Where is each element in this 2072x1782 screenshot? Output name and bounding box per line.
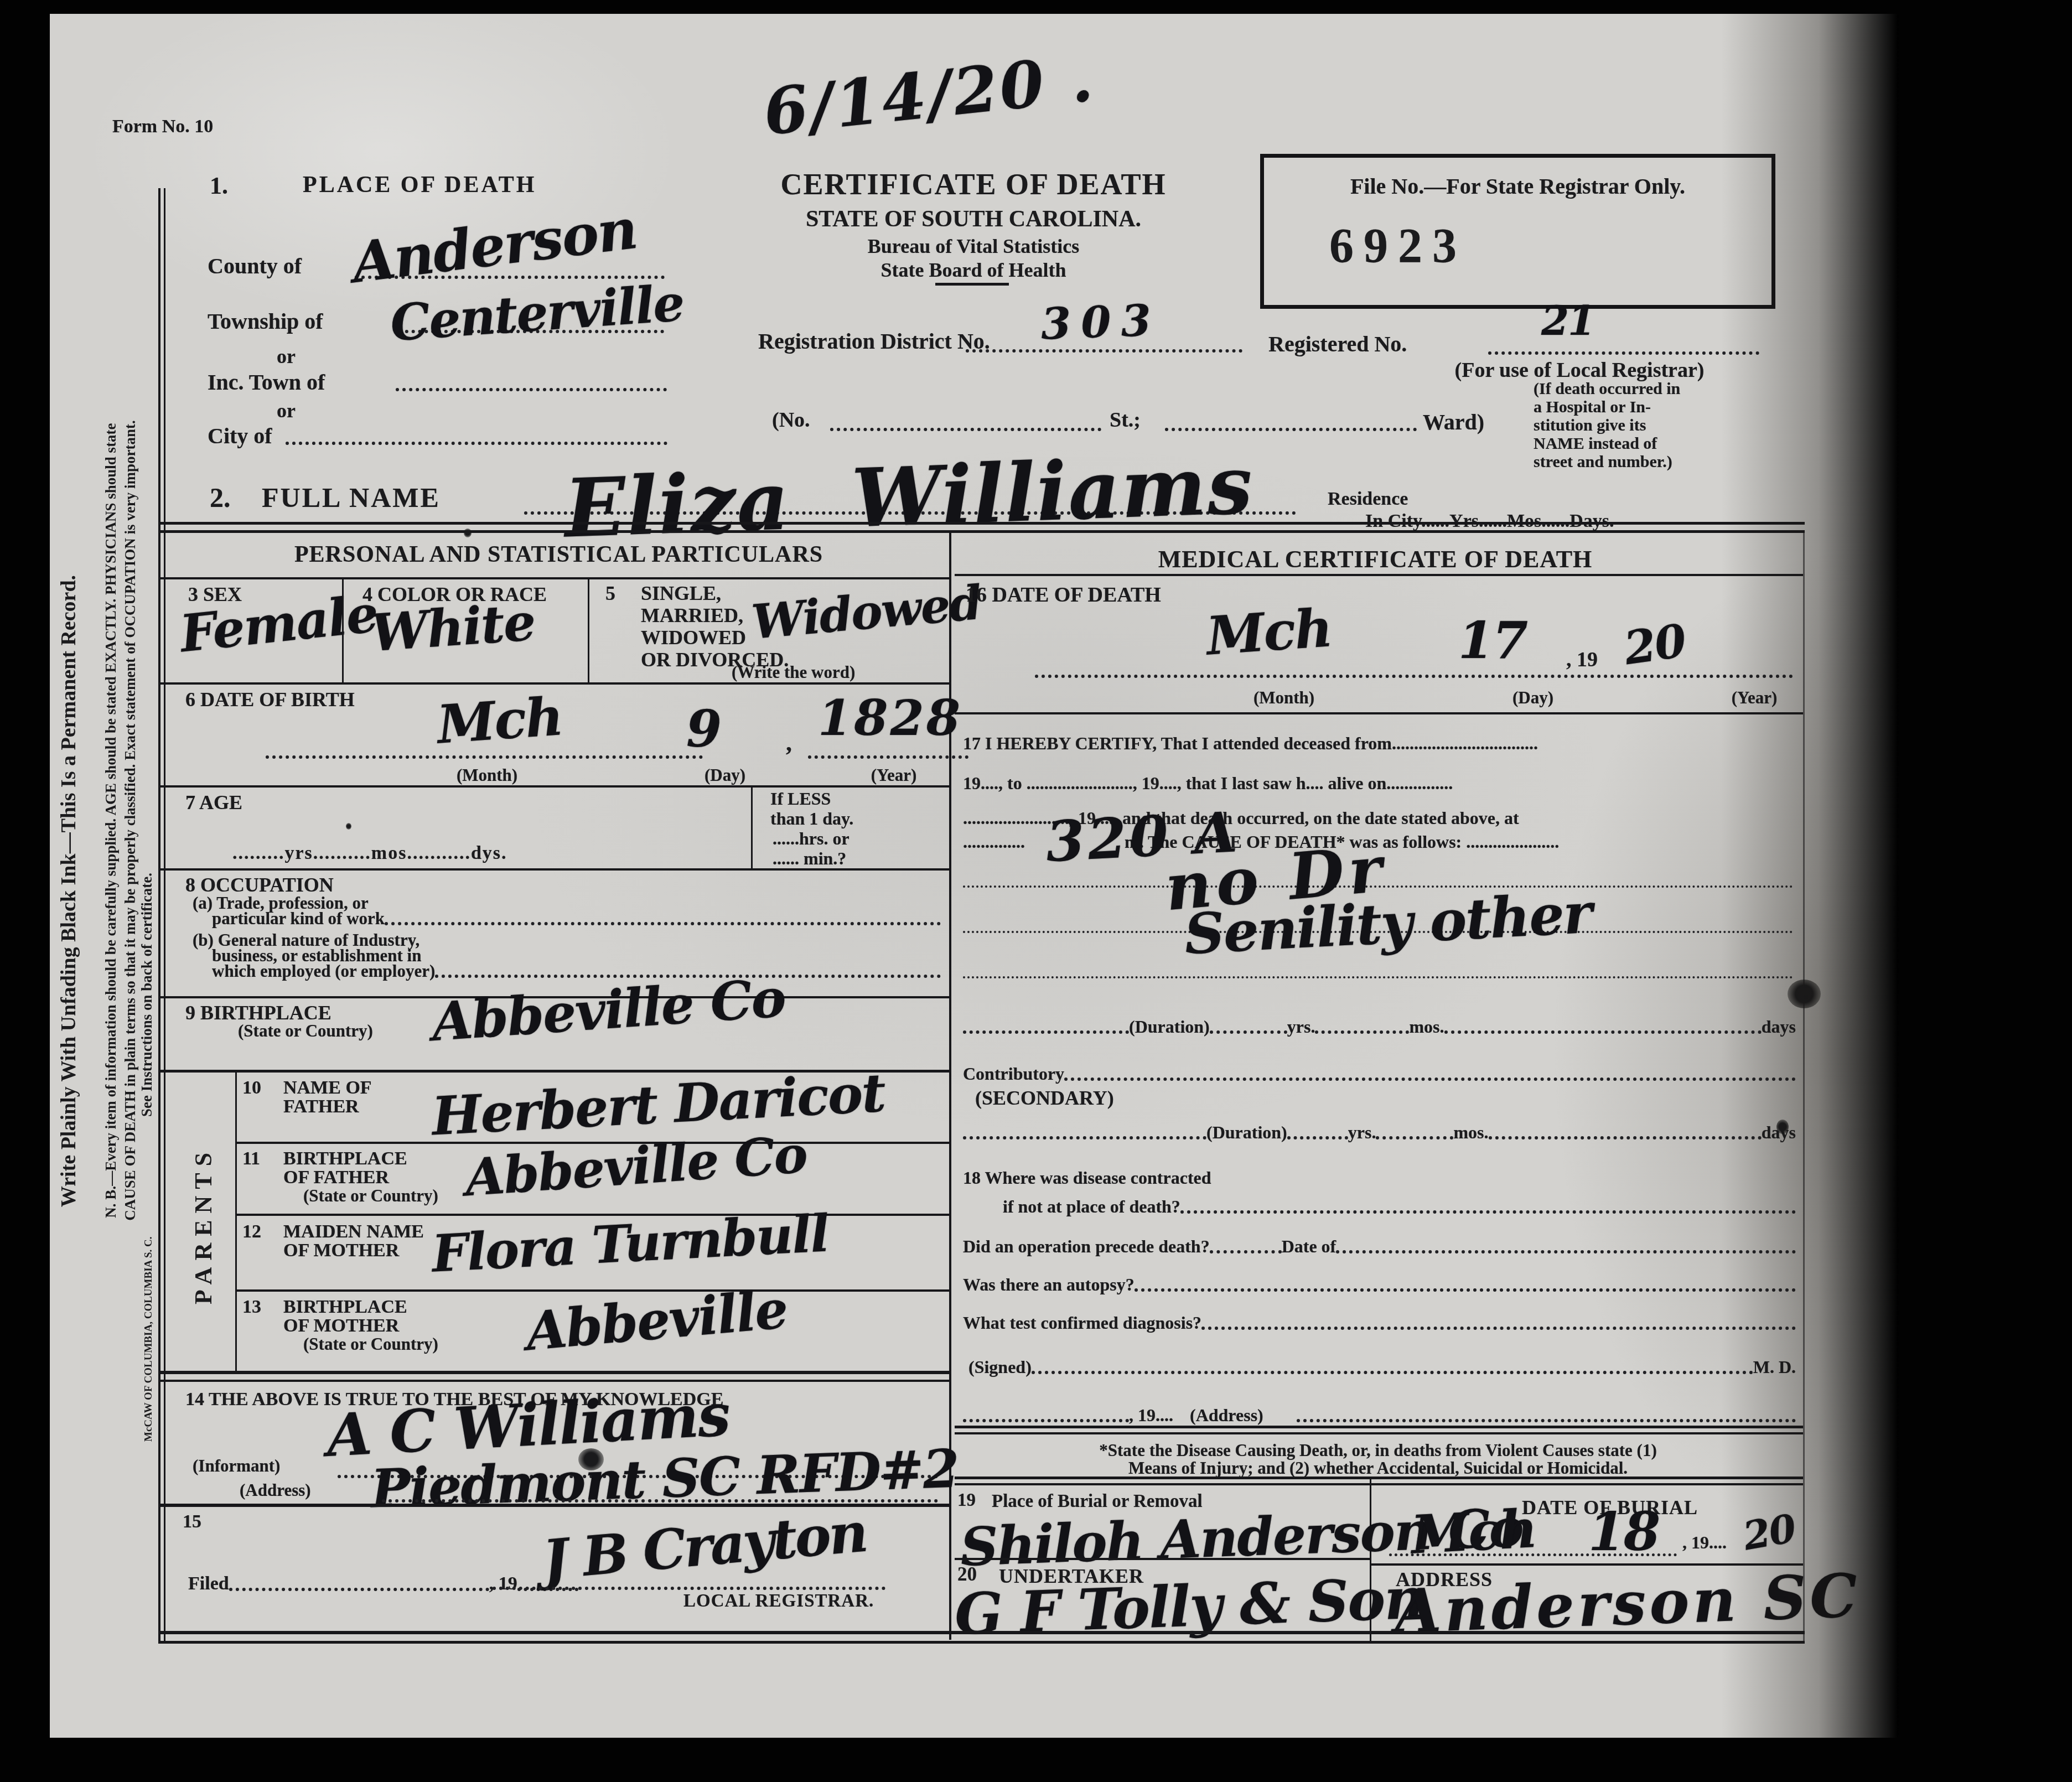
dotted-leader: [1180, 1210, 1796, 1214]
registered-no-label: Registered No.: [1268, 331, 1407, 357]
file-number-box-title: File No.—For State Registrar Only.: [1264, 173, 1771, 199]
margin-printer-imprint: McCAW OF COLUMBIA, COLUMBIA S. C.: [143, 1270, 155, 1442]
ink-blot: [578, 1448, 604, 1470]
city-dotted-line: [286, 442, 667, 445]
margin-permanent-record-note: Write Plainly With Unfading Black Ink—Th…: [56, 410, 81, 1372]
dob-month-caption: (Month): [404, 765, 570, 785]
dotted-leader: [963, 1136, 1206, 1139]
dob-dotted-line-1: [266, 755, 703, 759]
filed-19-label: , 19: [489, 1573, 517, 1594]
street-label: St.;: [1110, 408, 1141, 432]
ifless-line2: than 1 day.: [770, 809, 853, 829]
heavy-divider-top-2: [158, 530, 1805, 533]
personal-section-header: PERSONAL AND STATISTICAL PARTICULARS: [173, 541, 945, 568]
dotted-leader: [229, 1588, 489, 1591]
secondary-label: (SECONDARY): [975, 1086, 1114, 1110]
heavy-divider-left-2: [158, 1380, 949, 1382]
dotted-leader: [1336, 1250, 1796, 1253]
md-label: M. D.: [1753, 1357, 1796, 1377]
inc-town-label: Inc. Town of: [208, 369, 325, 395]
q18-date-of-label: Date of: [1282, 1236, 1337, 1257]
dotted-leader: [1210, 1250, 1282, 1253]
dob-year-caption: (Year): [825, 765, 963, 785]
certify-line4-pre: ..............: [963, 832, 1025, 852]
section1-title: PLACE OF DEATH: [303, 172, 536, 198]
certificate-title: CERTIFICATE OF DEATH: [755, 167, 1192, 201]
street-no-dotted-line: [830, 428, 1101, 431]
dotted-leader: [1297, 1419, 1796, 1422]
burial-divider-2: [955, 1483, 1803, 1485]
rule-certify-top: [955, 712, 1803, 714]
rule-sex-top: [158, 577, 949, 579]
masthead-rule: [935, 283, 1009, 286]
mother-bp-label-line1: BIRTHPLACE: [283, 1297, 407, 1318]
rule-dob-top: [158, 682, 949, 685]
or-label-1: or: [277, 345, 296, 368]
footnote-divider-2: [955, 1432, 1803, 1434]
inc-town-dotted-line: [396, 388, 667, 391]
heavy-divider-top-1: [158, 522, 1805, 525]
margin-nb-note-line1: N. B.—Every item of information should b…: [102, 194, 120, 1447]
dob-label: 6 DATE OF BIRTH: [185, 688, 355, 711]
hospital-instruction-note: (If death occurred in a Hospital or In- …: [1534, 380, 1771, 471]
death-year-caption: (Year): [1682, 688, 1826, 708]
ink-dot: [346, 823, 351, 830]
dotted-leader: [1210, 1030, 1287, 1034]
signed-row: (Signed) M. D.: [968, 1357, 1796, 1377]
age-units-line: .........yrs..........mos...........dys.: [232, 843, 507, 864]
contributory-row: Contributory: [963, 1064, 1796, 1084]
for-use-of-local-registrar-note: (For use of Local Registrar): [1389, 358, 1770, 382]
death-day-handwritten: 17: [1458, 610, 1527, 670]
dotted-leader: [963, 1419, 1129, 1422]
mos-label: mos.: [1409, 1017, 1444, 1037]
parents-inner-divider: [235, 1070, 237, 1371]
occupation-b-line3: which employed (or employer): [212, 961, 435, 981]
dotted-leader: [1032, 1371, 1753, 1374]
address-label: (Address): [240, 1480, 311, 1500]
form-left-border-inner: [164, 188, 165, 1641]
signed-addr-label: (Address): [1190, 1405, 1263, 1426]
q18-autopsy-label: Was there an autopsy?: [963, 1275, 1135, 1295]
dob-day-caption: (Day): [659, 765, 791, 785]
signed-label: (Signed): [968, 1357, 1032, 1377]
local-registrar-signature-handwritten: J B Crayton: [540, 1501, 868, 1593]
file-number-stamp: 6923: [1329, 218, 1771, 274]
dotted-leader: [1444, 1030, 1762, 1034]
father-label-line2: FATHER: [283, 1096, 359, 1117]
dotted-leader: [1064, 1078, 1796, 1081]
form-number: Form No. 10: [112, 116, 213, 137]
father-bp-number: 11: [242, 1148, 260, 1169]
father-number: 10: [242, 1078, 261, 1099]
heavy-divider-bottom-2: [158, 1641, 1805, 1644]
ink-blot: [1788, 980, 1821, 1008]
dob-dotted-line-2: [808, 755, 968, 759]
registration-district-label: Registration District No.: [758, 328, 990, 354]
hospital-note-line: stitution give its: [1534, 416, 1771, 434]
medical-header-rule: [955, 574, 1803, 576]
q18-line2: if not at place of death?: [1003, 1196, 1180, 1217]
marital-option-married: MARRIED,: [641, 604, 743, 627]
burial-place-underline: [955, 1558, 1370, 1560]
fullname-label: FULL NAME: [262, 481, 441, 514]
margin-see-instructions-note: See Instructions on back of certificate.: [138, 822, 156, 1168]
mother-bp-number: 13: [242, 1297, 261, 1318]
duration-row-2: (Duration) yrs. mos. days: [963, 1122, 1796, 1143]
mother-label-line1: MAIDEN NAME: [283, 1221, 424, 1242]
race-marital-divider: [588, 577, 589, 682]
fullname-number: 2.: [210, 481, 231, 514]
dotted-leader: [1135, 1288, 1796, 1292]
fullname-value-handwritten: Eliza Williams: [563, 438, 1255, 556]
ifless-line4: ...... min.?: [773, 848, 846, 869]
dotted-leader: [1287, 1136, 1348, 1139]
q18-test-label: What test confirmed diagnosis?: [963, 1313, 1201, 1333]
death-certificate-scan: Write Plainly With Unfading Black Ink—Th…: [50, 14, 1898, 1738]
death-date-dotted-line: [1035, 675, 1793, 678]
dob-day-handwritten: 9: [686, 699, 721, 759]
burial-year-handwritten: 20: [1740, 1505, 1799, 1560]
form-left-border-outer: [158, 188, 160, 1641]
sex-race-divider: [342, 577, 344, 682]
residence-units-line: In City......Yrs......Mos......Days.: [1365, 511, 1614, 532]
or-label-2: or: [277, 399, 296, 422]
death-month-caption: (Month): [1201, 688, 1367, 708]
ifless-line1: If LESS: [770, 789, 831, 809]
certify-line1: 17 I HEREBY CERTIFY, That I attended dec…: [963, 733, 1538, 754]
mother-bp-sub-label: (State or Country): [303, 1334, 438, 1354]
burial-number: 19: [957, 1490, 976, 1511]
dotted-leader: [1201, 1327, 1796, 1330]
burial-date-dotted-line: [1389, 1553, 1677, 1556]
burial-year-printed-19: , 19....: [1682, 1532, 1727, 1553]
q18-autopsy-row: Was there an autopsy?: [963, 1275, 1796, 1295]
father-label-line1: NAME OF: [283, 1078, 372, 1099]
city-label: City of: [208, 423, 272, 449]
dob-comma: ,: [786, 729, 792, 757]
hospital-note-line: street and number.): [1534, 453, 1771, 471]
informant-label: (Informant): [193, 1456, 280, 1476]
dotted-leader: [963, 1030, 1129, 1034]
medical-section-header: MEDICAL CERTIFICATE OF DEATH: [991, 545, 1760, 573]
filed-section-number: 15: [183, 1511, 201, 1532]
hospital-note-line: (If death occurred in: [1534, 380, 1771, 398]
registrar-signature-dotted-line: [493, 1587, 885, 1590]
county-label: County of: [208, 253, 302, 279]
bureau-line: Bureau of Vital Statistics: [755, 235, 1192, 258]
contributory-label: Contributory: [963, 1064, 1064, 1084]
dob-month-handwritten: Mch: [435, 686, 564, 756]
signed-19-label: , 19....: [1129, 1405, 1173, 1426]
father-bp-label-line2: OF FATHER: [283, 1167, 389, 1188]
occupation-a-line2: particular kind of work: [212, 909, 385, 929]
death-day-caption: (Day): [1467, 688, 1599, 708]
registered-no-dotted-line: [1488, 351, 1759, 355]
filed-label: Filed: [188, 1573, 229, 1594]
hospital-note-line: NAME instead of: [1534, 434, 1771, 453]
q18-operation-label: Did an operation precede death?: [963, 1236, 1210, 1257]
dotted-leader: [1315, 1030, 1409, 1034]
footnote-line2: Means of Injury; and (2) whether Acciden…: [991, 1458, 1765, 1478]
street-dotted-line: [1165, 428, 1417, 431]
occupation-a-line2-row: particular kind of work: [212, 909, 941, 929]
rule-occupation-top: [158, 868, 949, 871]
yrs-label: yrs.: [1287, 1017, 1315, 1037]
father-bp-label-line1: BIRTHPLACE: [283, 1148, 407, 1169]
board-line: State Board of Health: [755, 258, 1192, 282]
yrs-label-2: yrs.: [1348, 1122, 1376, 1143]
footnote-line1: *State the Disease Causing Death, or, in…: [991, 1441, 1765, 1460]
duration-label-2: (Duration): [1206, 1122, 1287, 1143]
ward-label: Ward): [1423, 409, 1484, 435]
marital-option-single: SINGLE,: [641, 582, 721, 605]
q18-operation-row: Did an operation precede death? Date of: [963, 1236, 1796, 1257]
hospital-note-line: a Hospital or In-: [1534, 398, 1771, 416]
heavy-divider-left-1: [158, 1371, 949, 1374]
days-label: days: [1762, 1017, 1796, 1037]
footnote-divider-1: [955, 1426, 1803, 1428]
marital-number: 5: [605, 582, 615, 605]
mother-number: 12: [242, 1221, 261, 1242]
birthplace-sub-label: (State or Country): [238, 1021, 373, 1041]
marital-hint: (Write the word): [732, 662, 855, 682]
age-ifless-divider: [751, 785, 753, 868]
state-line: STATE OF SOUTH CAROLINA.: [755, 206, 1192, 232]
township-label: Township of: [208, 308, 323, 334]
parents-group-label: PARENTS: [189, 1151, 217, 1304]
death-month-handwritten: Mch: [1204, 597, 1333, 667]
cause-dotted-line-3: [963, 976, 1793, 978]
age-label: 7 AGE: [185, 791, 242, 814]
mother-label-line2: OF MOTHER: [283, 1240, 399, 1261]
mos-label-2: mos.: [1453, 1122, 1488, 1143]
local-registrar-label: LOCAL REGISTRAR.: [683, 1591, 874, 1612]
margin-nb-note-line2: CAUSE OF DEATH in plain terms so that it…: [122, 194, 139, 1447]
q18-line2-row: if not at place of death?: [1003, 1196, 1796, 1217]
mother-bp-label-line2: OF MOTHER: [283, 1315, 399, 1336]
dotted-leader: [385, 922, 941, 925]
street-no-label: (No.: [772, 408, 810, 432]
father-bp-sub-label: (State or Country): [303, 1186, 438, 1206]
dob-year-handwritten: 1828: [818, 689, 962, 747]
race-value-handwritten: White: [369, 592, 537, 663]
date-of-death-label: 16 DATE OF DEATH: [966, 583, 1161, 607]
ink-blot: [1776, 1120, 1789, 1134]
duration-row-1: (Duration) yrs. mos. days: [963, 1017, 1796, 1037]
occupation-b-line3-row: which employed (or employer): [212, 961, 941, 981]
section1-number: 1.: [210, 172, 228, 200]
dotted-leader: [1376, 1136, 1453, 1139]
dotted-leader: [1489, 1136, 1762, 1139]
ink-blot: [464, 529, 472, 537]
received-date-handwritten: 6/14/20 .: [760, 41, 1099, 150]
heavy-divider-bottom-1: [158, 1631, 1805, 1634]
file-number-box: File No.—For State Registrar Only. 6923: [1260, 154, 1775, 309]
marital-option-widowed: WIDOWED: [641, 626, 746, 649]
residence-label: Residence: [1328, 489, 1408, 510]
certify-line2: 19...., to ........................, 19.…: [963, 773, 1453, 794]
rule-age-top: [158, 785, 949, 788]
ifless-line3: ......hrs. or: [773, 828, 849, 849]
duration-label: (Duration): [1129, 1017, 1210, 1037]
marital-value-handwritten: Widowed: [749, 575, 983, 650]
burial-divider-1: [955, 1477, 1803, 1479]
registration-district-value-handwritten: 303: [1040, 295, 1162, 350]
q18-test-row: What test confirmed diagnosis?: [963, 1313, 1796, 1333]
registered-no-value-handwritten: 21: [1541, 297, 1594, 344]
death-year-handwritten: 20: [1621, 614, 1688, 675]
signed-address-row: , 19.... (Address): [963, 1405, 1796, 1426]
q18-line1: 18 Where was disease contracted: [963, 1168, 1211, 1188]
rule-mother-bp-top: [235, 1289, 949, 1292]
registration-district-dotted-line: [966, 349, 1242, 353]
death-year-printed-19: , 19: [1566, 647, 1598, 672]
